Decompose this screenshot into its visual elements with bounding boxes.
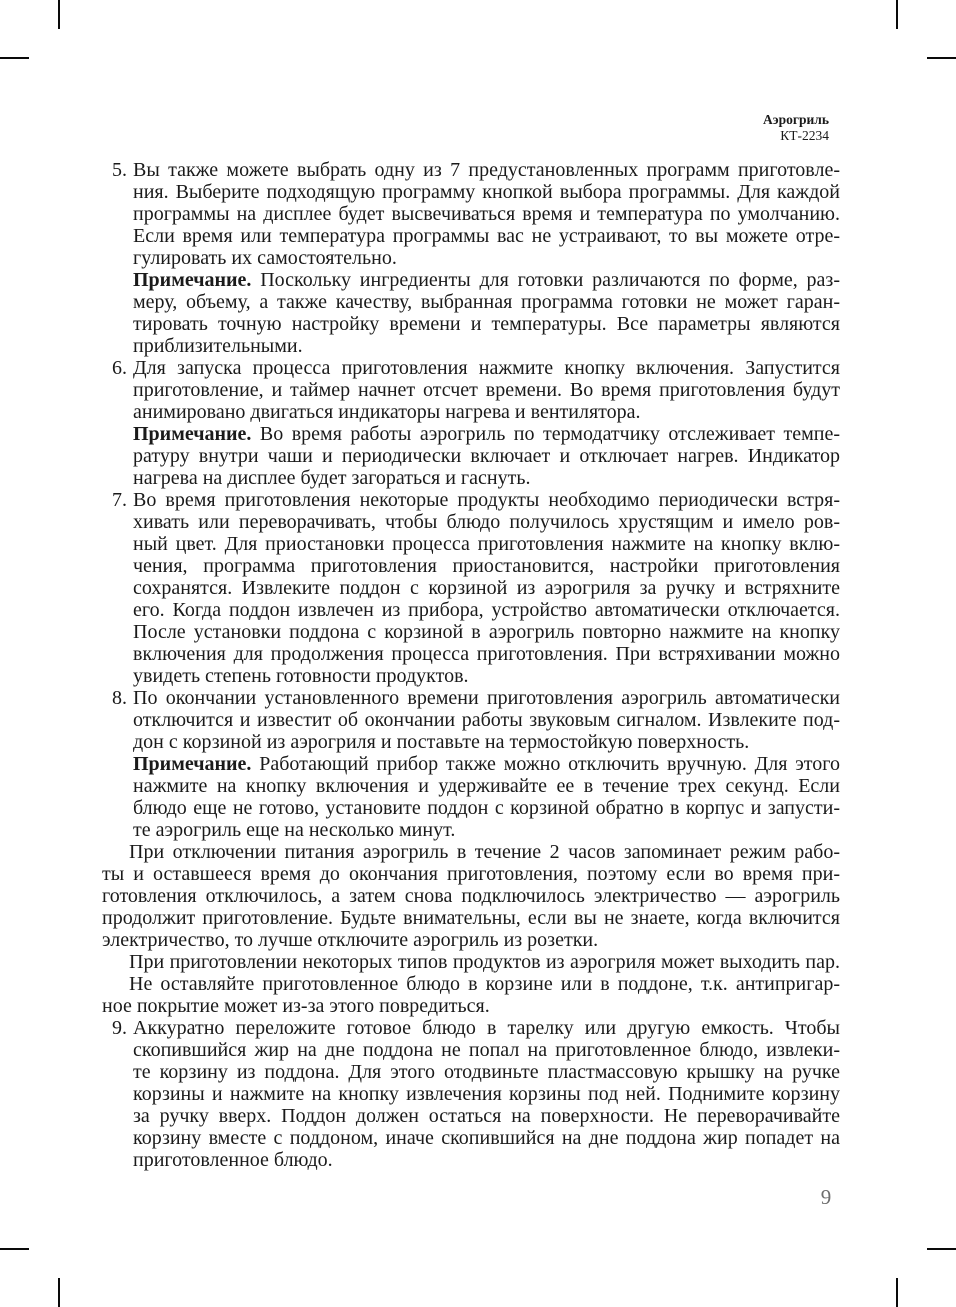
text-line: включения для продолжения процесса приго…: [102, 643, 840, 665]
note-paragraph: Примечание. Во время работы аэрогриль по…: [102, 423, 840, 489]
crop-mark-top-left-vertical: [58, 0, 60, 29]
text-line: корзины и нажмите на кнопку извлечения к…: [102, 1083, 840, 1105]
page-number: 9: [805, 1185, 847, 1210]
text-line: При отключении питания аэрогриль в течен…: [102, 841, 840, 863]
text-line: за ручку вверх. Поддон должен остаться н…: [102, 1105, 840, 1127]
text-line: ное покрытие может из-за этого повредить…: [102, 995, 840, 1017]
text-line: продолжит приготовление. Будьте внимател…: [102, 907, 840, 929]
text-line: При приготовлении некоторых типов продук…: [102, 951, 840, 973]
crop-mark-top-left-horizontal: [0, 57, 29, 59]
text-line: ты и оставшееся время до окончания приго…: [102, 863, 840, 885]
crop-mark-bottom-left-horizontal: [0, 1248, 29, 1250]
list-item: 9.Аккуратно переложите готовое блюдо в т…: [102, 1017, 840, 1171]
note-paragraph: Примечание. Поскольку ингредиенты для го…: [102, 269, 840, 357]
crop-mark-bottom-left-vertical: [58, 1278, 60, 1307]
page-header: Аэрогриль КТ-2234: [102, 112, 829, 144]
text-line: приготовление, и таймер начнет отсчет вр…: [102, 379, 840, 401]
text-line: Во время приготовления некоторые продукт…: [102, 489, 840, 511]
text-line: ный цвет. Для приостановки процесса приг…: [102, 533, 840, 555]
text-line: приготовленное блюдо.: [102, 1149, 840, 1171]
text-line: анимировано двигаться индикаторы нагрева…: [102, 401, 840, 423]
crop-mark-bottom-right-horizontal: [927, 1248, 956, 1250]
text-line: хивать или переворачивать, чтобы блюдо п…: [102, 511, 840, 533]
text-line: Аккуратно переложите готовое блюдо в тар…: [102, 1017, 840, 1039]
paragraph: Не оставляйте приготовленное блюдо в кор…: [102, 973, 840, 1017]
paragraph: При приготовлении некоторых типов продук…: [102, 951, 840, 973]
list-item: 5.Вы также можете выбрать одну из 7 пред…: [102, 159, 840, 269]
text-line: Примечание. Поскольку ингредиенты для го…: [102, 269, 840, 291]
note-label: Примечание.: [133, 753, 251, 775]
text-line: те аэрогриль еще на несколько минут.: [102, 819, 840, 841]
text-line: блюдо еще не готово, установите поддон с…: [102, 797, 840, 819]
text-line: те корзину из поддона. Для этого отодвин…: [102, 1061, 840, 1083]
crop-mark-top-right-horizontal: [927, 57, 956, 59]
text-line: увидеть степень готовности продуктов.: [102, 665, 840, 687]
text-line: По окончании установленного времени приг…: [102, 687, 840, 709]
paragraph: При отключении питания аэрогриль в течен…: [102, 841, 840, 951]
text-line: отключится и известит об окончании работ…: [102, 709, 840, 731]
text-line: корзину вместе с поддоном, иначе скопивш…: [102, 1127, 840, 1149]
header-product-name: Аэрогриль: [102, 112, 829, 128]
text-line: Примечание. Работающий прибор также можн…: [102, 753, 840, 775]
text-line: его. Когда поддон извлечен из прибора, у…: [102, 599, 840, 621]
note-paragraph: Примечание. Работающий прибор также можн…: [102, 753, 840, 841]
list-item: 8.По окончании установленного времени пр…: [102, 687, 840, 753]
list-item-number: 7.: [112, 489, 127, 511]
list-item: 6.Для запуска процесса приготовления наж…: [102, 357, 840, 423]
text-line: тировать точную настройку времени и темп…: [102, 313, 840, 335]
header-model-number: КТ-2234: [102, 128, 829, 144]
text-line: приблизительными.: [102, 335, 840, 357]
text-line: Для запуска процесса приготовления нажми…: [102, 357, 840, 379]
text-line: ратуру внутри чаши и периодически включа…: [102, 445, 840, 467]
list-item-number: 6.: [112, 357, 127, 379]
text-line: Вы также можете выбрать одну из 7 предус…: [102, 159, 840, 181]
text-line: готовления отключилось, а затем снова по…: [102, 885, 840, 907]
list-item-number: 9.: [112, 1017, 127, 1039]
list-item-number: 8.: [112, 687, 127, 709]
note-label: Примечание.: [133, 423, 251, 445]
document-page: Аэрогриль КТ-2234 5.Вы также можете выбр…: [0, 0, 956, 1307]
text-line: гулировать их самостоятельно.: [102, 247, 840, 269]
text-line: дон с корзиной из аэрогриля и поставьте …: [102, 731, 840, 753]
text-line: чения, программа приготовления приостано…: [102, 555, 840, 577]
text-line: меру, объему, а также качеству, выбранна…: [102, 291, 840, 313]
text-line: После установки поддона с корзиной в аэр…: [102, 621, 840, 643]
text-line: Если время или температура программы вас…: [102, 225, 840, 247]
text-line: сохранятся. Извлеките поддон с корзиной …: [102, 577, 840, 599]
text-line: нагрева на дисплее будет загораться и га…: [102, 467, 840, 489]
list-item-number: 5.: [112, 159, 127, 181]
document-body: 5.Вы также можете выбрать одну из 7 пред…: [102, 159, 840, 1171]
text-line: нажмите на кнопку включения и удерживайт…: [102, 775, 840, 797]
crop-mark-bottom-right-vertical: [896, 1278, 898, 1307]
text-line: электричество, то лучше отключите аэрогр…: [102, 929, 840, 951]
list-item: 7.Во время приготовления некоторые проду…: [102, 489, 840, 687]
text-line: скопившийся жир на дне поддона не попал …: [102, 1039, 840, 1061]
crop-mark-top-right-vertical: [896, 0, 898, 29]
text-line: ния. Выберите подходящую программу кнопк…: [102, 181, 840, 203]
note-label: Примечание.: [133, 269, 251, 291]
text-line: Не оставляйте приготовленное блюдо в кор…: [102, 973, 840, 995]
text-line: Примечание. Во время работы аэрогриль по…: [102, 423, 840, 445]
text-line: программы на дисплее будет высвечиваться…: [102, 203, 840, 225]
